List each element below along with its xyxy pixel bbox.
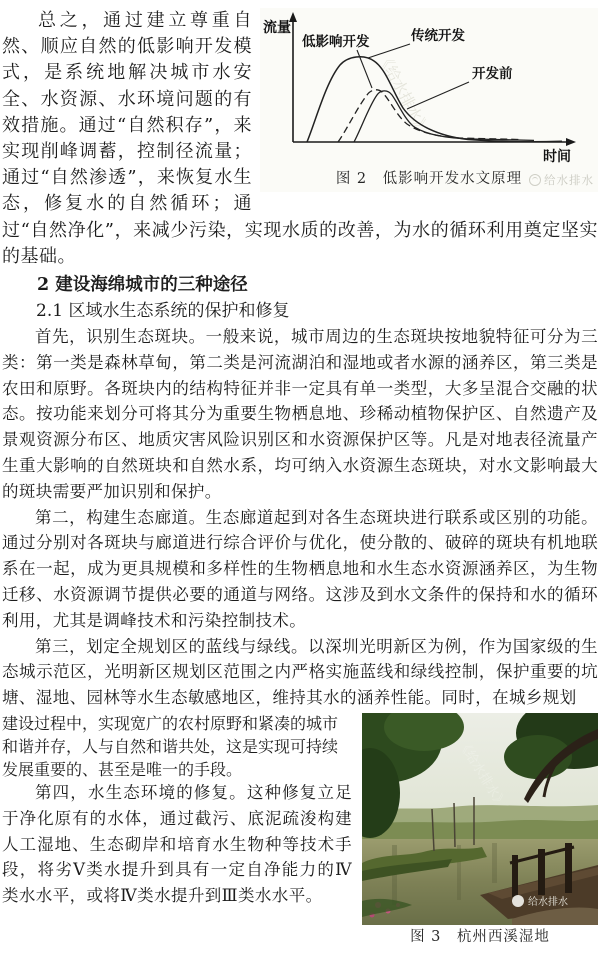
photo-tree-trunk (454, 803, 455, 847)
figure-2-lid-hydrology-chart: 《给水排水》 流量 时间 低影响开发 传统开发 开发前 图 2 低影响开发水文 (260, 8, 598, 192)
hydrology-chart-canvas: 《给水排水》 流量 时间 低影响开发 传统开发 开发前 (260, 8, 598, 168)
chart-diagonal-watermark: 《给水排水》 (374, 49, 432, 137)
wetland-photo: 《给水排水》 给水排水 (362, 713, 598, 925)
leader-lid (357, 50, 372, 88)
x-axis-label: 时间 (543, 148, 571, 165)
paragraph-3-part-b: 建设过程中，实现宽广的农村原野和紧凑的城市和谐并存，人与自然和谐共处，这是实现可… (2, 714, 338, 779)
label-traditional-development: 传统开发 (410, 27, 465, 44)
paragraph-3: 第三，划定全规划区的蓝线与绿线。以深圳光明新区为例，作为国家级的生态城示范区，光… (2, 634, 598, 711)
article-page: 《给水排水》 流量 时间 低影响开发 传统开发 开发前 图 2 低影响开发水文 (0, 0, 600, 957)
chart-watermark: 给水排水 (529, 169, 594, 191)
photo-watermark-logo-icon (512, 895, 524, 907)
photo-watermark: 给水排水 (512, 895, 568, 908)
section-heading: 2 建设海绵城市的三种途径 (2, 272, 598, 298)
paragraph-2: 第二，构建生态廊道。生态廊道起到对各生态斑块进行联系或区别的功能。通过分别对各斑… (2, 505, 598, 634)
x-axis-arrow (566, 138, 576, 146)
paragraph-1: 首先，识别生态斑块。一般来说，城市周边的生态斑块按地貌特征可分为三类：第一类是森… (2, 324, 598, 505)
subsection-heading: 2.1 区域水生态系统的保护和修复 (2, 298, 598, 324)
leader-predev (407, 82, 469, 109)
label-low-impact-development: 低影响开发 (302, 33, 370, 50)
label-pre-development: 开发前 (472, 65, 513, 82)
photo-reflection (492, 843, 497, 883)
y-axis-label: 流量 (263, 19, 291, 36)
figure-2-caption: 图 2 低影响开发水文原理 (336, 171, 522, 187)
chart-watermark-text: 给水排水 (544, 169, 594, 191)
watermark-logo-icon (529, 174, 541, 186)
figure-3-caption: 图 3 杭州西溪湿地 (362, 927, 598, 947)
photo-watermark-text: 给水排水 (528, 895, 568, 908)
figure-2-caption-row: 图 2 低影响开发水文原理 给水排水 (260, 168, 598, 192)
curve-traditional-development (307, 57, 562, 142)
figure-3-xixi-wetland-photo: 《给水排水》 给水排水 图 3 杭州西溪湿地 (362, 713, 598, 947)
paragraph-3-part-a: 第三，划定全规划区的蓝线与绿线。以深圳光明新区为例，作为国家级的生态城示范区，光… (2, 637, 598, 708)
